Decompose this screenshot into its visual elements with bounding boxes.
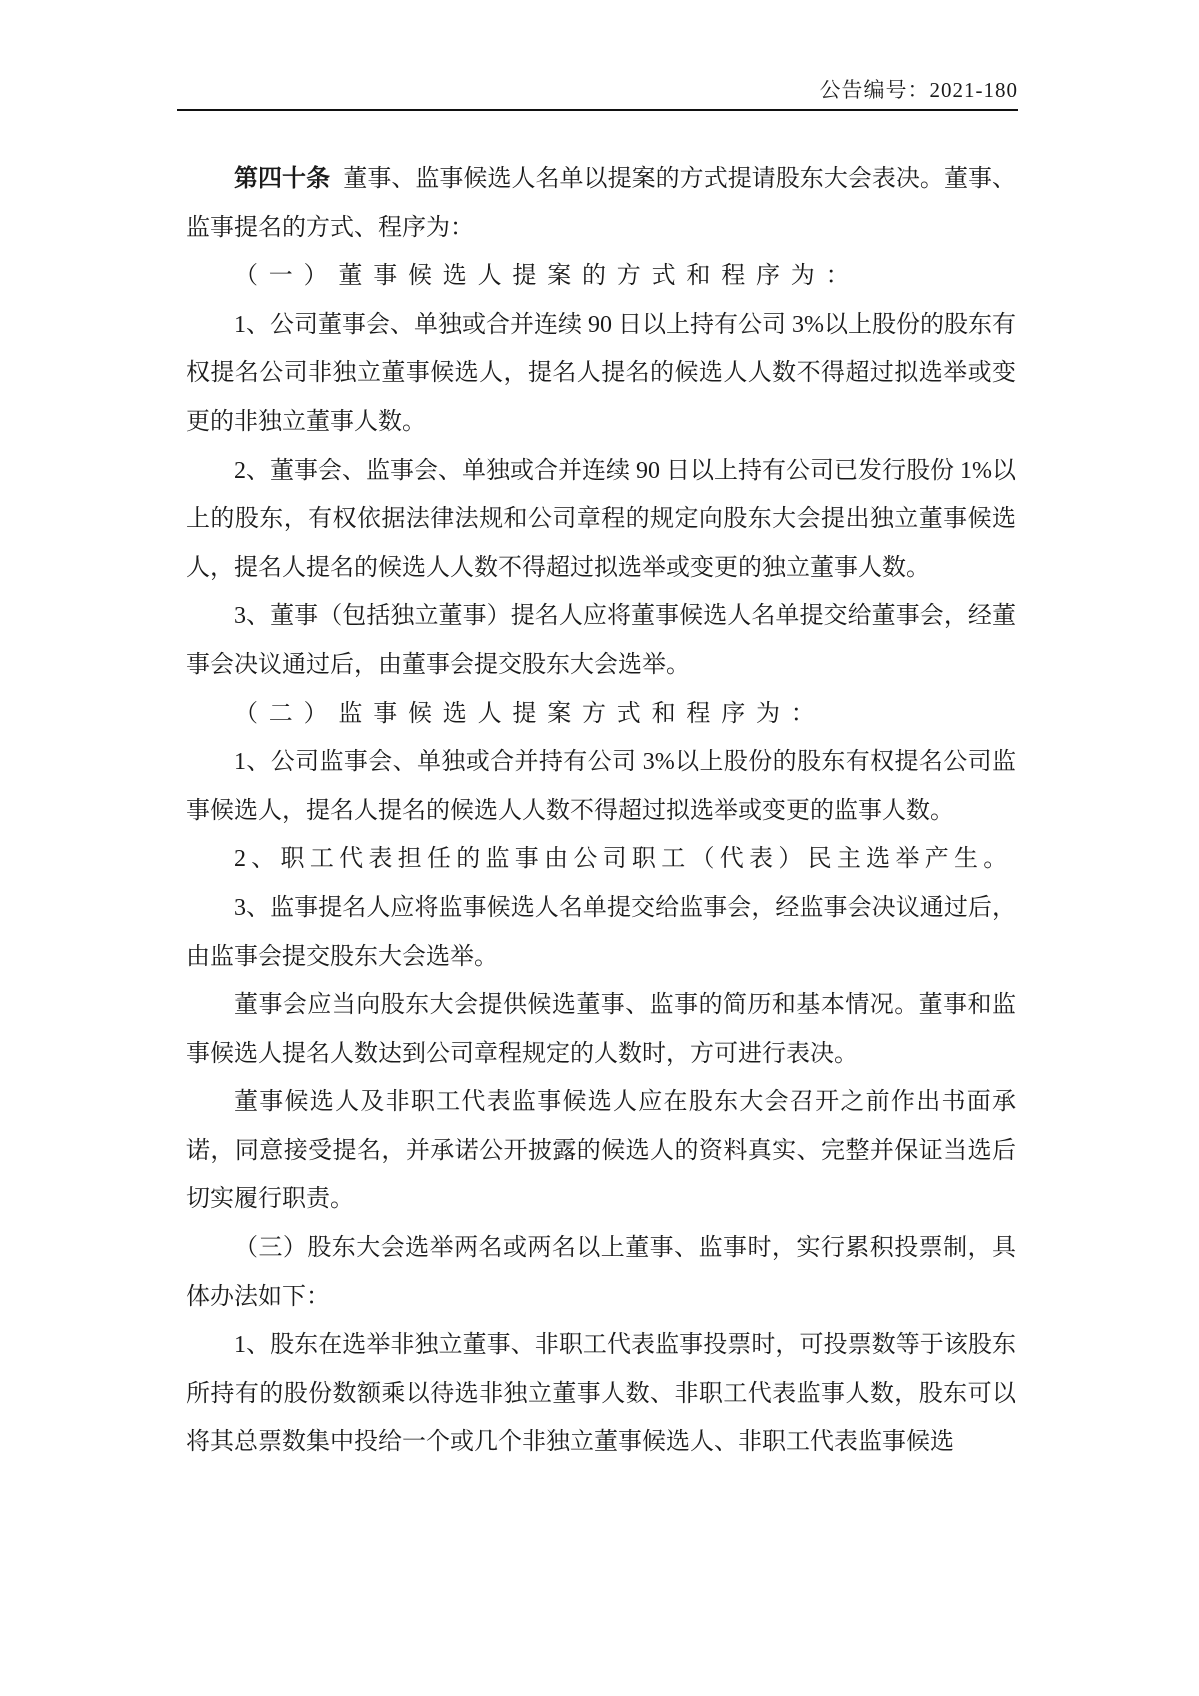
paragraph-section-3-heading: （三）股东大会选举两名或两名以上董事、监事时，实行累积投票制，具体办法如下： [186,1224,1016,1321]
paragraph-text: 2、职工代表担任的监事由公司职工（代表）民主选举产生。 [234,846,1013,872]
article-body: 第四十条董事、监事候选人名单以提案的方式提请股东大会表决。董事、监事提名的方式、… [186,155,1016,1467]
paragraph-section-2-item-3: 3、监事提名人应将监事候选人名单提交给监事会，经监事会决议通过后，由监事会提交股… [186,884,1016,981]
paragraph-section-1-item-3: 3、董事（包括独立董事）提名人应将董事候选人名单提交给董事会，经董事会决议通过后… [186,592,1016,689]
announcement-number: 2021-180 [930,78,1019,102]
announcement-label: 公告编号： [820,78,930,102]
paragraph-text: 董事候选人及非职工代表监事候选人应在股东大会召开之前作出书面承诺，同意接受提名，… [186,1089,1016,1212]
document-page: 公告编号：2021-180 第四十条董事、监事候选人名单以提案的方式提请股东大会… [0,0,1199,1696]
header-rule [177,109,1018,111]
paragraph-resume-info: 董事会应当向股东大会提供候选董事、监事的简历和基本情况。董事和监事候选人提名人数… [186,981,1016,1078]
article-number-heading: 第四十条 [234,166,330,192]
paragraph-section-2-item-2: 2、职工代表担任的监事由公司职工（代表）民主选举产生。 [186,835,1016,884]
paragraph-section-3-item-1: 1、股东在选举非独立董事、非职工代表监事投票时，可投票数等于该股东所持有的股份数… [186,1321,1016,1467]
paragraph-section-1-item-1: 1、公司董事会、单独或合并连续 90 日以上持有公司 3%以上股份的股东有权提名… [186,301,1016,447]
paragraph-text: 2、董事会、监事会、单独或合并连续 90 日以上持有公司已发行股份 1%以上的股… [186,458,1016,581]
paragraph-article-40-intro: 第四十条董事、监事候选人名单以提案的方式提请股东大会表决。董事、监事提名的方式、… [186,155,1016,252]
paragraph-written-commitment: 董事候选人及非职工代表监事候选人应在股东大会召开之前作出书面承诺，同意接受提名，… [186,1078,1016,1224]
paragraph-text: 董事会应当向股东大会提供候选董事、监事的简历和基本情况。董事和监事候选人提名人数… [186,992,1016,1067]
paragraph-text: （一）董事候选人提案的方式和程序为： [234,263,860,289]
paragraph-text: 1、公司监事会、单独或合并持有公司 3%以上股份的股东有权提名公司监事候选人，提… [186,749,1016,824]
paragraph-text: （二）监事候选人提案方式和程序为： [234,701,826,727]
paragraph-text: 3、董事（包括独立董事）提名人应将董事候选人名单提交给董事会，经董事会决议通过后… [186,603,1016,678]
paragraph-text: 1、股东在选举非独立董事、非职工代表监事投票时，可投票数等于该股东所持有的股份数… [186,1332,1016,1455]
paragraph-text: 3、监事提名人应将监事候选人名单提交给监事会，经监事会决议通过后，由监事会提交股… [186,895,1016,970]
announcement-header: 公告编号：2021-180 [186,74,1018,104]
paragraph-section-2-item-1: 1、公司监事会、单独或合并持有公司 3%以上股份的股东有权提名公司监事候选人，提… [186,738,1016,835]
paragraph-section-1-item-2: 2、董事会、监事会、单独或合并连续 90 日以上持有公司已发行股份 1%以上的股… [186,447,1016,593]
paragraph-section-1-heading: （一）董事候选人提案的方式和程序为： [186,252,1016,301]
paragraph-section-2-heading: （二）监事候选人提案方式和程序为： [186,690,1016,739]
paragraph-text: 1、公司董事会、单独或合并连续 90 日以上持有公司 3%以上股份的股东有权提名… [186,312,1016,435]
paragraph-text: （三）股东大会选举两名或两名以上董事、监事时，实行累积投票制，具体办法如下： [186,1235,1016,1310]
